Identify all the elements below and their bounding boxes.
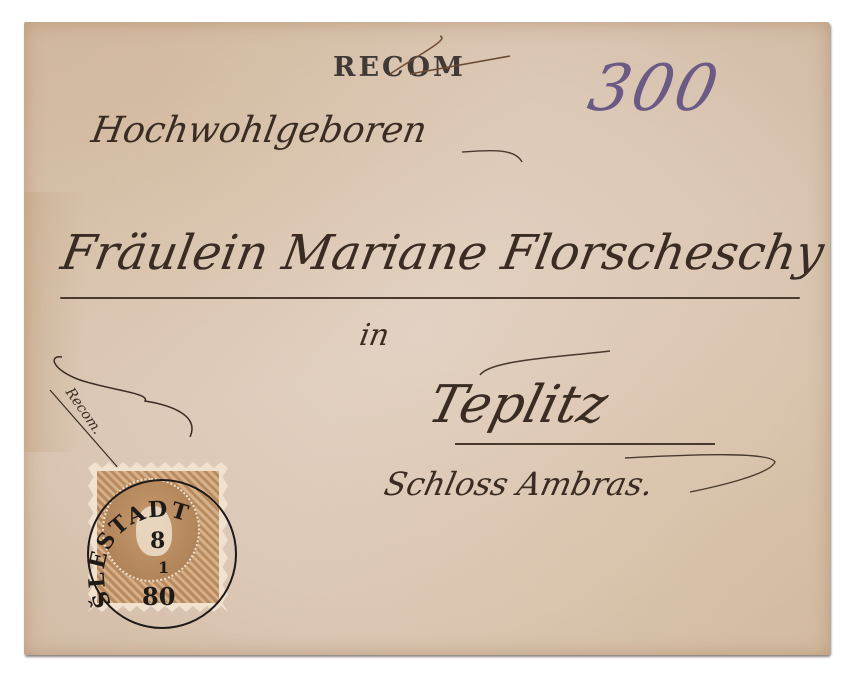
- address-recipient: Fräulein Mariane Florscheschy: [57, 225, 828, 281]
- postmark-year: 80: [142, 582, 175, 611]
- recipient-underline: [60, 297, 800, 299]
- postmark-month: 1: [158, 558, 169, 577]
- salutation-tail-flourish: [460, 140, 530, 170]
- city-underline: [455, 443, 715, 445]
- address-salutation: Hochwohlgeboren: [88, 110, 430, 151]
- address-location: Schloss Ambras.: [381, 465, 657, 503]
- address-city: Teplitz: [423, 375, 614, 435]
- location-tail-flourish: [620, 450, 790, 500]
- registration-note-flourish: [40, 345, 210, 475]
- handstamp-overwrite-flourish: [380, 34, 520, 84]
- postmark-day: 8: [150, 528, 165, 554]
- registration-number: 300: [582, 52, 726, 126]
- address-preposition: in: [357, 318, 392, 353]
